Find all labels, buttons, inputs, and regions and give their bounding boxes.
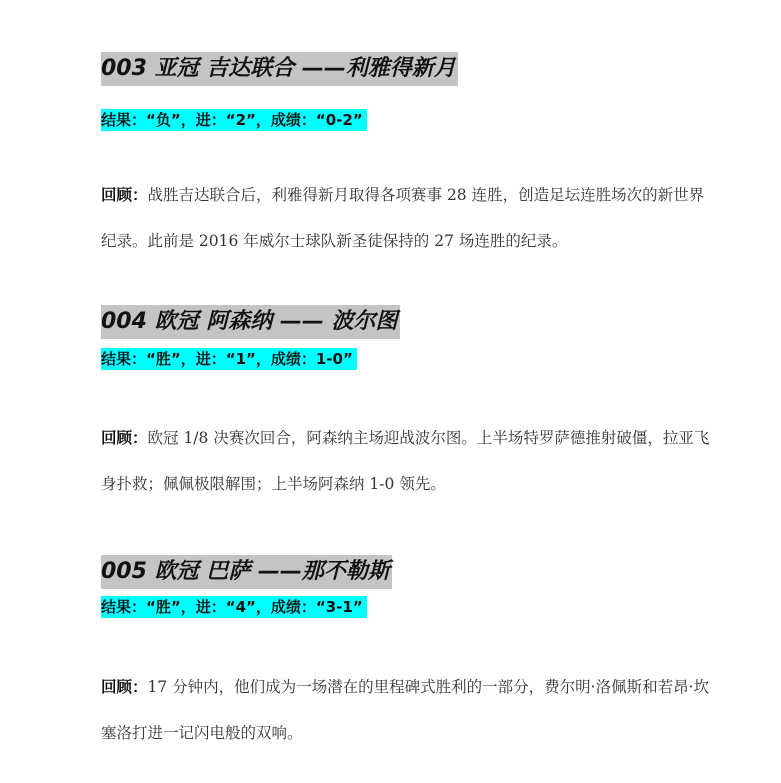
review-text: 17 分钟内，他们成为一场潜在的里程碑式胜利的一部分，费尔明·洛佩斯和若昂·坎塞… [101, 678, 709, 742]
match-result-005: 结果：“胜”，进：“4”，成绩：“3-1” [101, 596, 367, 618]
match-result-003: 结果：“负”，进：“2”，成绩：“0-2” [101, 109, 367, 131]
review-label: 回顾： [101, 677, 148, 696]
review-label: 回顾： [101, 428, 148, 447]
review-text: 战胜吉达联合后，利雅得新月取得各项赛事 28 连胜，创造足坛连胜场次的新世界纪录… [101, 186, 704, 250]
review-label: 回顾： [101, 185, 148, 204]
match-review-005: 回顾：17 分钟内，他们成为一场潜在的里程碑式胜利的一部分，费尔明·洛佩斯和若昂… [101, 664, 711, 756]
match-heading-003: 003 亚冠 吉达联合 ——利雅得新月 [101, 52, 458, 86]
match-review-003: 回顾：战胜吉达联合后，利雅得新月取得各项赛事 28 连胜，创造足坛连胜场次的新世… [101, 172, 711, 264]
match-result-004: 结果：“胜”，进：“1”，成绩：1-0” [101, 348, 357, 370]
review-text: 欧冠 1/8 决赛次回合，阿森纳主场迎战波尔图。上半场特罗萨德推射破僵，拉亚飞身… [101, 429, 709, 493]
match-review-004: 回顾：欧冠 1/8 决赛次回合，阿森纳主场迎战波尔图。上半场特罗萨德推射破僵，拉… [101, 415, 711, 507]
match-heading-004: 004 欧冠 阿森纳 —— 波尔图 [101, 305, 400, 339]
match-heading-005: 005 欧冠 巴萨 ——那不勒斯 [101, 555, 392, 589]
